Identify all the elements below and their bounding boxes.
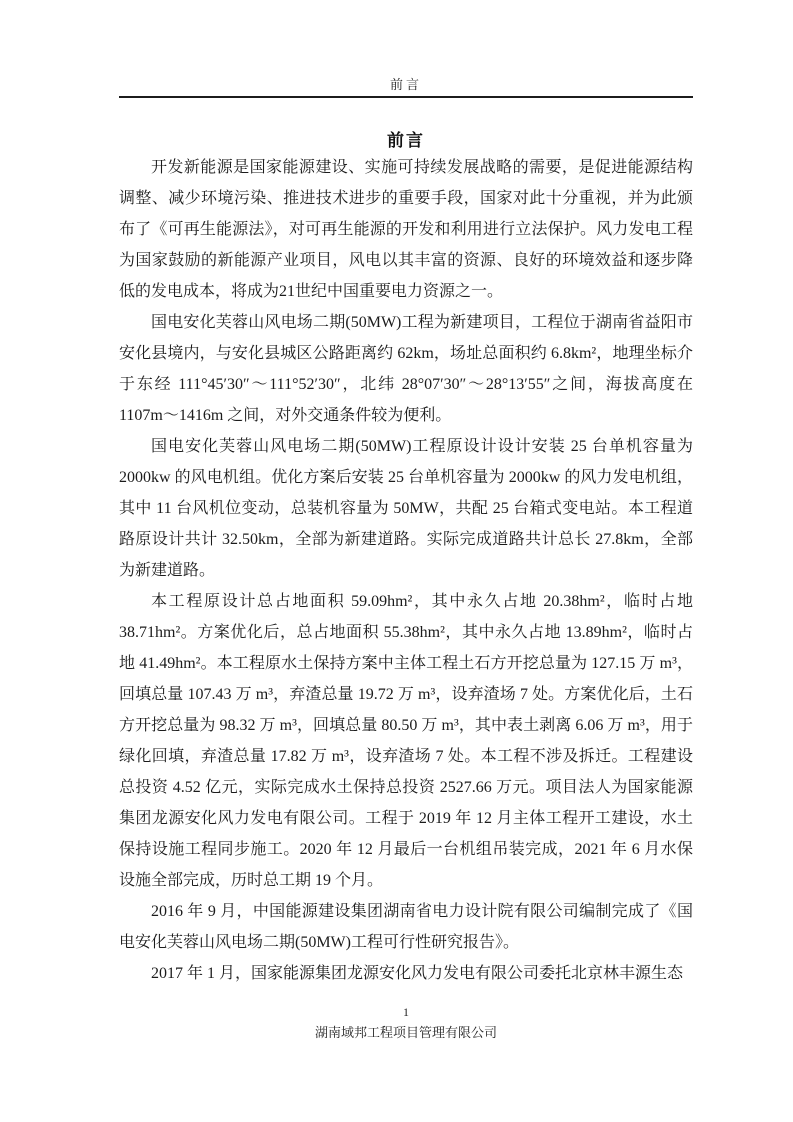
paragraph-feasibility-report: 2016 年 9 月，中国能源建设集团湖南省电力设计院有限公司编制完成了《国电安…	[119, 896, 693, 958]
paragraph-project-location: 国电安化芙蓉山风电场二期(50MW)工程为新建项目，工程位于湖南省益阳市安化县境…	[119, 307, 693, 431]
header-divider-rule	[119, 96, 693, 98]
paragraph-land-earthwork: 本工程原设计总占地面积 59.09hm²，其中永久占地 20.38hm²，临时占…	[119, 586, 693, 896]
page-title: 前言	[119, 126, 693, 151]
paragraph-turbine-design: 国电安化芙蓉山风电场二期(50MW)工程原设计设计安装 25 台单机容量为 20…	[119, 431, 693, 586]
running-header-title: 前言	[119, 74, 693, 93]
document-page: 前言 前言 开发新能源是国家能源建设、实施可持续发展战略的需要，是促进能源结构调…	[0, 0, 793, 1122]
footer-page-number: 1	[119, 1005, 693, 1020]
footer-company-name: 湖南域邦工程项目管理有限公司	[119, 1022, 693, 1041]
paragraph-intro: 开发新能源是国家能源建设、实施可持续发展战略的需要，是促进能源结构调整、减少环境…	[119, 152, 693, 307]
document-body: 开发新能源是国家能源建设、实施可持续发展战略的需要，是促进能源结构调整、减少环境…	[119, 152, 693, 989]
paragraph-commission: 2017 年 1 月，国家能源集团龙源安化风力发电有限公司委托北京林丰源生态	[119, 958, 693, 989]
